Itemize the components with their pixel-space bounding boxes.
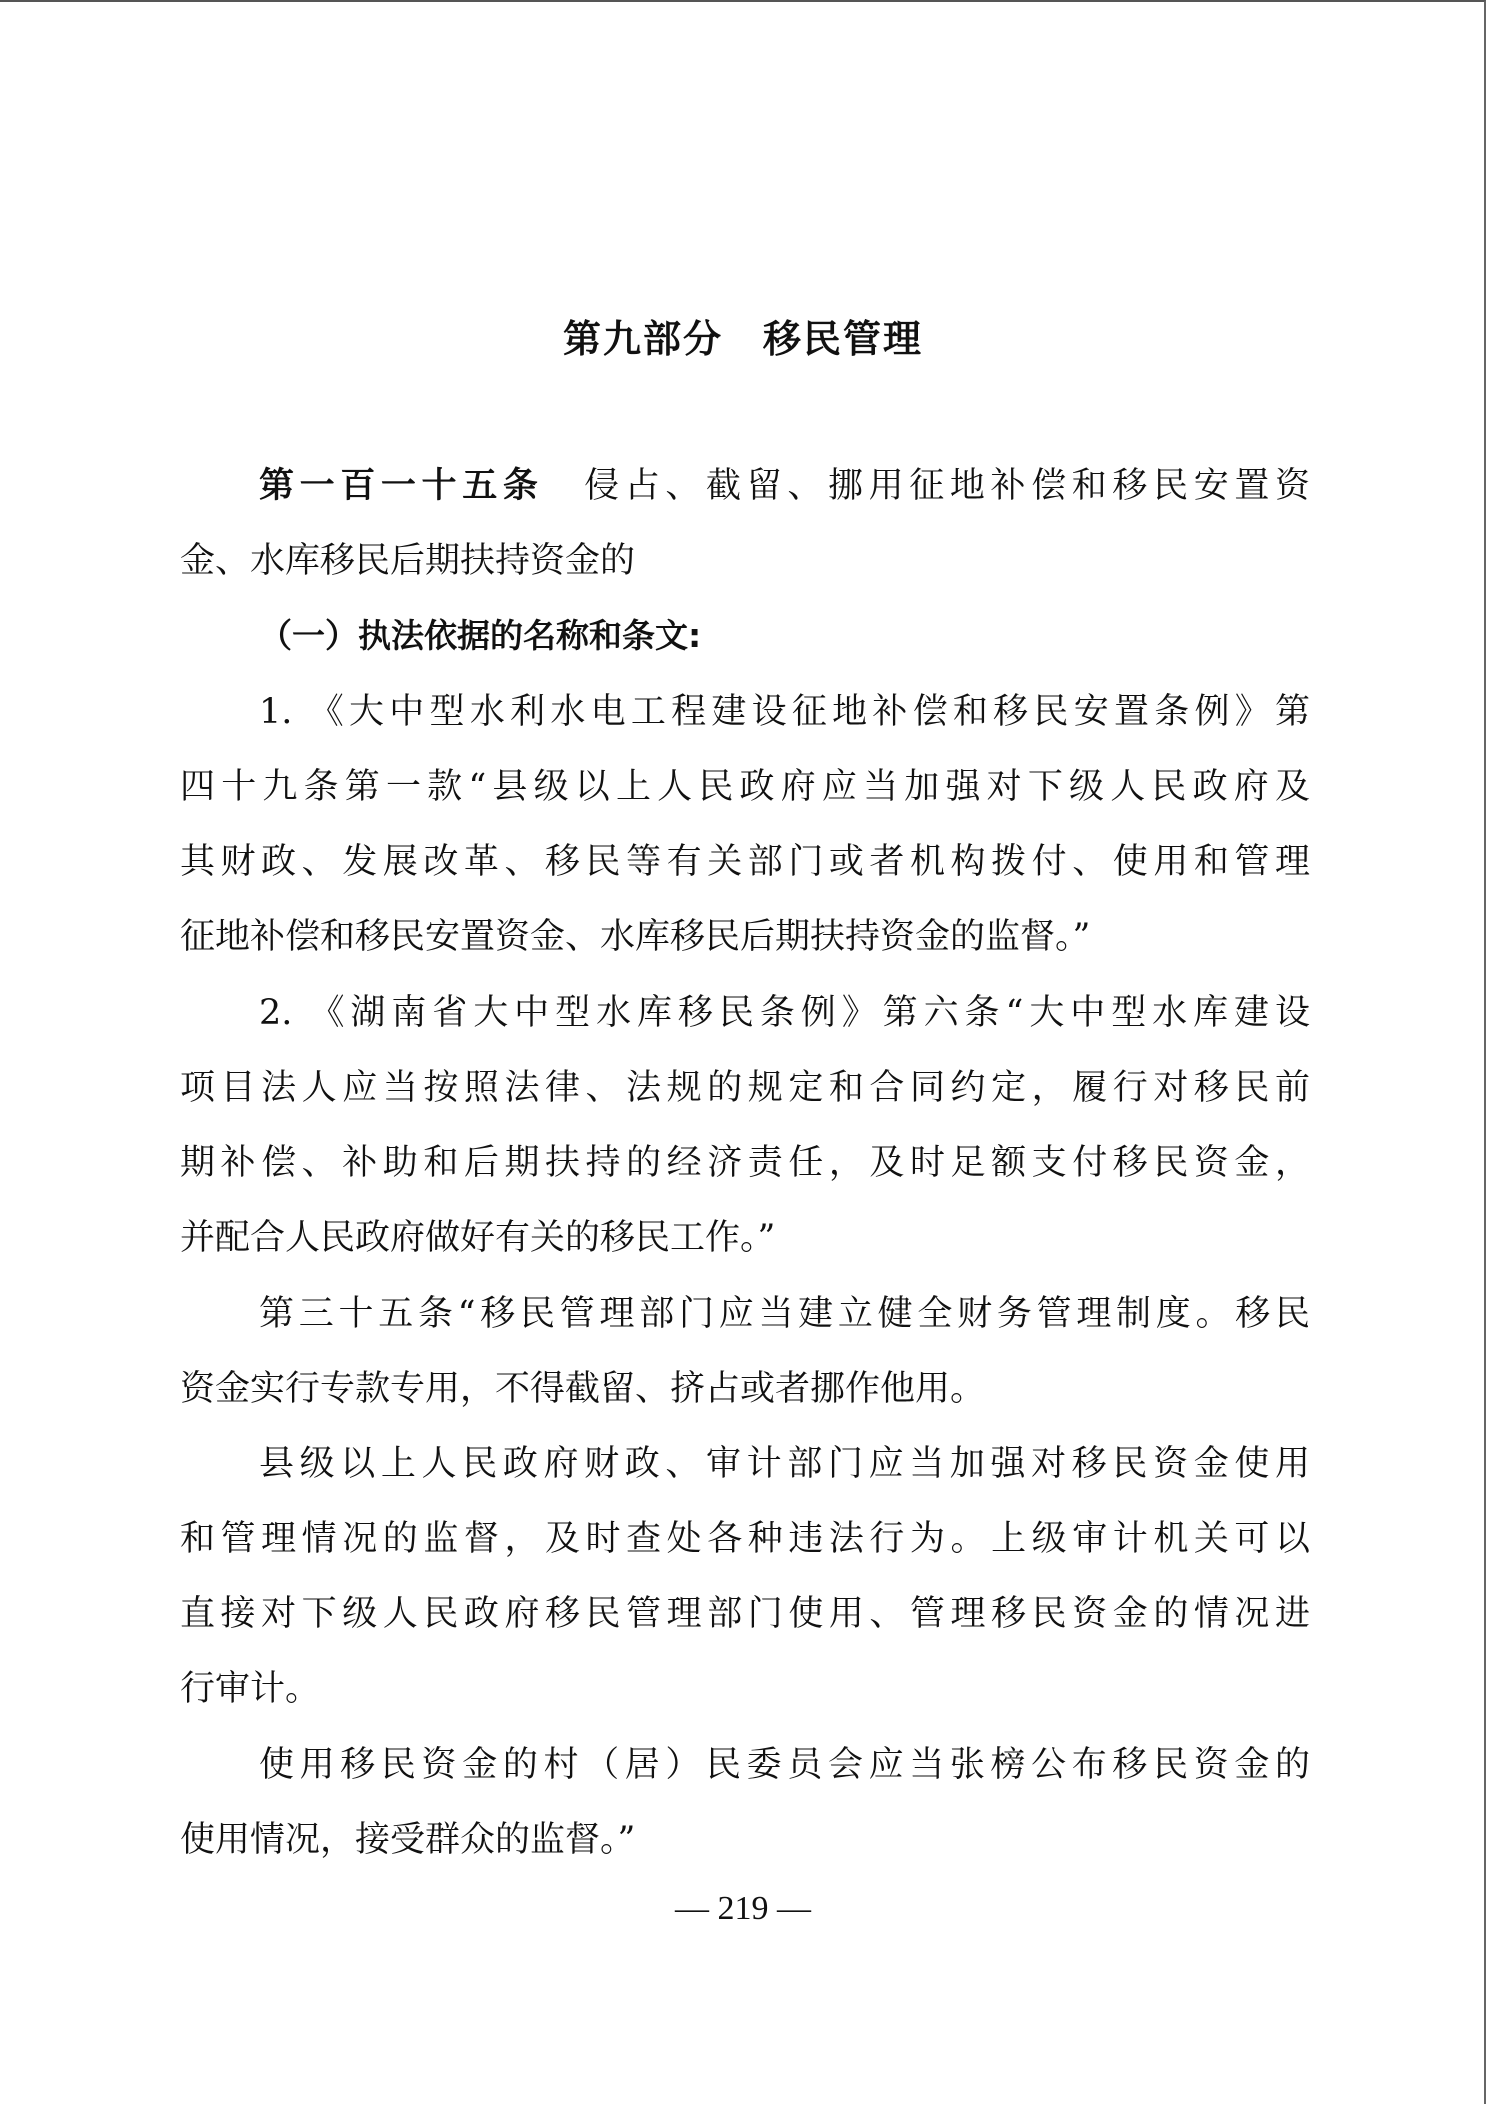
page-number: — 219 — <box>0 1890 1486 1928</box>
body-line: 1. 《大中型水利水电工程建设征地补偿和移民安置条例》第 <box>259 690 1310 734</box>
body-line: 资金实行专款专用，不得截留、挤占或者挪作他用。 <box>180 1367 1310 1411</box>
article-line-1: 第一百一十五条 侵占、截留、挪用征地补偿和移民安置资 <box>259 464 1310 508</box>
body-line: 县级以上人民政府财政、审计部门应当加强对移民资金使用 <box>259 1442 1310 1486</box>
section-heading: （一）执法依据的名称和条文: <box>259 614 1310 658</box>
body-line: 其财政、发展改革、移民等有关部门或者机构拨付、使用和管理 <box>180 840 1310 884</box>
body-line: 四十九条第一款“县级以上人民政府应当加强对下级人民政府及 <box>180 765 1310 809</box>
body-line: 和管理情况的监督，及时查处各种违法行为。上级审计机关可以 <box>180 1517 1310 1561</box>
body-line: 项目法人应当按照法律、法规的规定和合同约定，履行对移民前 <box>180 1066 1310 1110</box>
article-text: 侵占、截留、挪用征地补偿和移民安置资 <box>543 466 1310 506</box>
body-line: 行审计。 <box>180 1667 1310 1711</box>
body-line: 使用情况，接受群众的监督。” <box>180 1818 1310 1862</box>
document-page: 第九部分 移民管理 第一百一十五条 侵占、截留、挪用征地补偿和移民安置资 金、水… <box>0 0 1486 2104</box>
body-line: 直接对下级人民政府移民管理部门使用、管理移民资金的情况进 <box>180 1592 1310 1636</box>
article-heading: 第一百一十五条 <box>259 466 543 506</box>
article-line-2: 金、水库移民后期扶持资金的 <box>180 539 1310 583</box>
body-line: 2. 《湖南省大中型水库移民条例》第六条“大中型水库建设 <box>259 991 1310 1035</box>
body-line: 使用移民资金的村（居）民委员会应当张榜公布移民资金的 <box>259 1743 1310 1787</box>
body-line: 第三十五条“移民管理部门应当建立健全财务管理制度。移民 <box>259 1292 1310 1336</box>
part-title: 第九部分 移民管理 <box>0 308 1486 363</box>
body-line: 并配合人民政府做好有关的移民工作。” <box>180 1216 1310 1260</box>
body-line: 征地补偿和移民安置资金、水库移民后期扶持资金的监督。” <box>180 915 1310 959</box>
body-line: 期补偿、补助和后期扶持的经济责任，及时足额支付移民资金， <box>180 1141 1310 1185</box>
